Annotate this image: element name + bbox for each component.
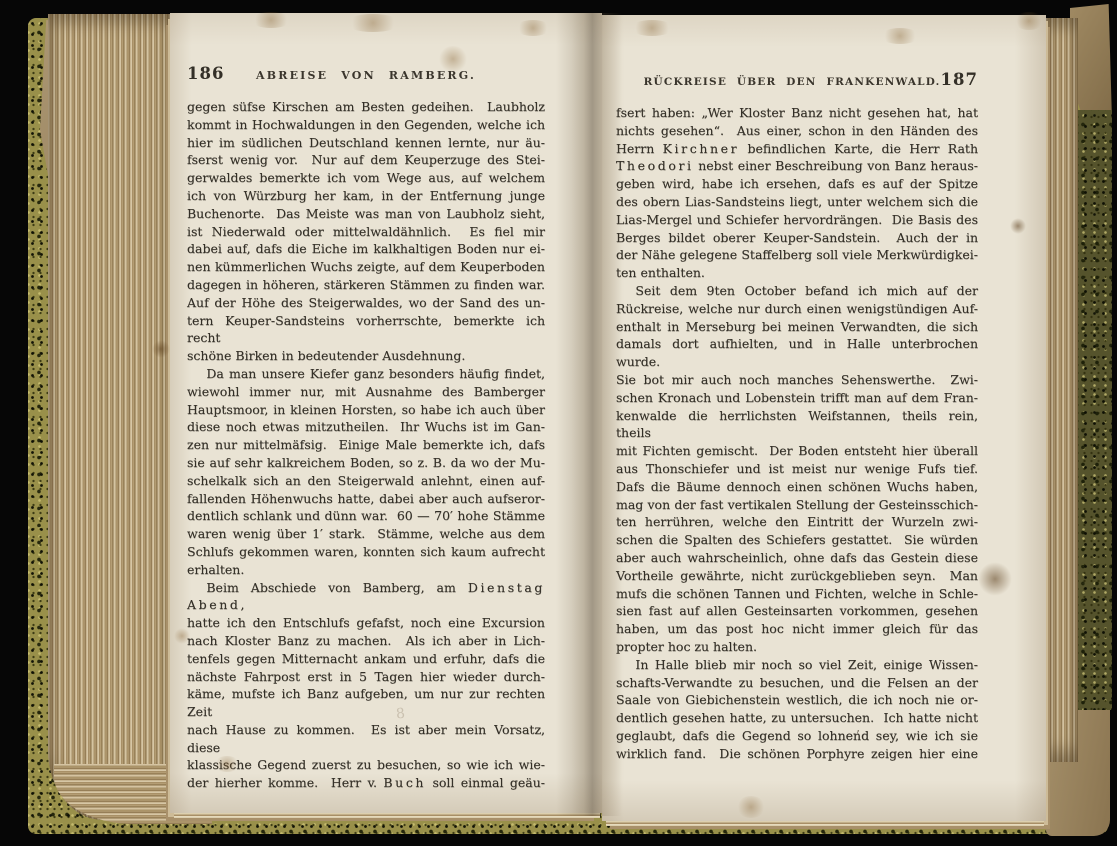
text-line: nichts gesehen“. Aus einer, schon in den… <box>616 122 978 140</box>
text-line: diese noch etwas mitzutheilen. Ihr Wuchs… <box>187 418 545 436</box>
paragraph: Da man unsere Kiefer ganz besonders häuf… <box>187 365 545 579</box>
body-text-right: fsert haben: „Wer Kloster Banz nicht ges… <box>616 104 978 762</box>
marbled-cover-edge-right <box>1072 110 1112 710</box>
text-line: der Nähe gelegene Staffelberg soll viele… <box>616 246 978 264</box>
text-line: Buchenorte. Das Meiste was man von Laubh… <box>187 205 545 223</box>
text-line: Lias-Mergel und Schiefer hervordrängen. … <box>616 211 978 229</box>
text-line: propter hoc zu halten. <box>616 638 978 656</box>
text-line: mit Fichten gemischt. Der Boden entsteht… <box>616 442 978 460</box>
text-line: damals dort aufhielten, und in Halle unt… <box>616 335 978 371</box>
text-line: gerwaldes bemerkte ich vom Wege aus, auf… <box>187 169 545 187</box>
text-line: Berges bildet oberer Keuper-Sandstein. A… <box>616 229 978 247</box>
text-line: Saale von Giebichenstein westlich, die i… <box>616 691 978 709</box>
text-line: nächste Fahrpost erst in 5 Tagen hier wi… <box>187 668 545 686</box>
text-line: nen kümmerlichen Wuchs zeigte, auf dem K… <box>187 258 545 276</box>
text-line: Rückreise, welche nur durch einen wenigs… <box>616 300 978 318</box>
text-line: sien fast auf allen Gesteinsarten vorkom… <box>616 602 978 620</box>
text-line: wirklich fand. Die schönen Porphyre zeig… <box>616 745 978 763</box>
text-line: Vortheile gewährte, nicht zurückgebliebe… <box>616 567 978 585</box>
text-line: ten herrühren, welche den Eintritt der W… <box>616 513 978 531</box>
text-line: hier im südlichen Deutschland kennen ler… <box>187 134 545 152</box>
text-column-left: 186 ABREISE VON RAMBERG. gegen süfse Kir… <box>187 64 545 792</box>
text-line: schen Kronach und Lobenstein trifft man … <box>616 389 978 407</box>
text-line: gegen süfse Kirschen am Besten gedeihen.… <box>187 98 545 116</box>
text-line: dagegen in höheren, stärkeren Stämmen zu… <box>187 276 545 294</box>
paragraph: fsert haben: „Wer Kloster Banz nicht ges… <box>616 104 978 282</box>
text-line: erhalten. <box>187 561 545 579</box>
text-line: Herrn Kirchner befindlichen Karte, die H… <box>616 140 978 158</box>
paragraph: Beim Abschiede von Bamberg, am Dienstag … <box>187 579 545 793</box>
paragraph: In Halle blieb mir noch so viel Zeit, ei… <box>616 656 978 763</box>
book-scan-photo: { "colors":{ "background":"#060606", "pa… <box>0 0 1117 846</box>
text-line: In Halle blieb mir noch so viel Zeit, ei… <box>616 656 978 674</box>
letterspaced-word: Theodori <box>616 158 694 173</box>
paragraph: Seit dem 9ten October befand ich mich au… <box>616 282 978 656</box>
text-line: ich von Würzburg her kam, in der Entfern… <box>187 187 545 205</box>
book-page-right: RÜCKREISE ÜBER DEN FRANKENWALD. 187 fser… <box>602 15 1046 821</box>
text-line: waren wenig über 1′ stark. Stämme, welch… <box>187 525 545 543</box>
letterspaced-word: Kirchner <box>663 141 740 156</box>
text-line: hatte ich den Entschlufs gefafst, noch e… <box>187 614 545 632</box>
text-line: Auf der Höhe des Steigerwaldes, wo der S… <box>187 294 545 312</box>
text-line: wiewohl immer nur, mit Ausnahme des Bamb… <box>187 383 545 401</box>
text-line: kenwalde die herrlichsten Weifstannen, t… <box>616 407 978 443</box>
text-line: schelkalk sich an den Steigerwald anlehn… <box>187 472 545 490</box>
text-line: enthalt in Merseburg bei meinen Verwandt… <box>616 318 978 336</box>
text-line: zen nur mittelmäfsig. Einige Male bemerk… <box>187 436 545 454</box>
text-line: Beim Abschiede von Bamberg, am Dienstag … <box>187 579 545 615</box>
paragraph: gegen süfse Kirschen am Besten gedeihen.… <box>187 98 545 365</box>
running-head-left: ABREISE VON RAMBERG. <box>249 69 483 82</box>
text-line: Hauptsmoor, in kleinen Horsten, so habe … <box>187 401 545 419</box>
text-line: dentlich gesehen hatte, zu untersuchen. … <box>616 709 978 727</box>
text-line: schöne Birken in bedeutender Ausdehnung. <box>187 347 545 365</box>
text-line: nach Hause zu kommen. Es ist aber mein V… <box>187 721 545 757</box>
text-line: käme, mufste ich Banz aufgeben, um nur z… <box>187 685 545 721</box>
page-edge-stack-left <box>48 14 172 820</box>
letterspaced-word: Dienstag Abend <box>187 580 552 613</box>
page-header-right: RÜCKREISE ÜBER DEN FRANKENWALD. 187 <box>616 70 978 89</box>
page-edge-stack-right <box>1046 18 1078 762</box>
text-line: Dafs die Bäume dennoch einen schönen Wuc… <box>616 478 978 496</box>
text-line: haben, um das post hoc nicht immer gleic… <box>616 620 978 638</box>
text-line: ist Niederwald oder mittelwaldähnlich. E… <box>187 223 545 241</box>
text-line: geglaubt, dafs die Gegend so lohnend sey… <box>616 727 978 745</box>
page-number-left: 186 <box>187 64 249 83</box>
text-line: klassische Gegend zuerst zu besuchen, so… <box>187 756 545 774</box>
text-line: der hierher komme. Herr v. Buch soll ein… <box>187 774 545 792</box>
text-line: schen die Spalten des Schiefers gestatte… <box>616 531 978 549</box>
text-line: ten enthalten. <box>616 264 978 282</box>
text-line: fsert haben: „Wer Kloster Banz nicht ges… <box>616 104 978 122</box>
text-line: des obern Lias-Sandsteins liegt, unter w… <box>616 193 978 211</box>
text-line: aus Thonschiefer und ist meist nur wenig… <box>616 460 978 478</box>
text-column-right: RÜCKREISE ÜBER DEN FRANKENWALD. 187 fser… <box>616 70 978 762</box>
page-header-left: 186 ABREISE VON RAMBERG. <box>187 64 545 83</box>
text-line: geben wird, habe ich ersehen, dafs es au… <box>616 175 978 193</box>
text-line: Da man unsere Kiefer ganz besonders häuf… <box>187 365 545 383</box>
text-line: fserst wenig vor. Nur auf dem Keuperzuge… <box>187 151 545 169</box>
text-line: mufs die schönen Tannen und Fichten, wel… <box>616 585 978 603</box>
text-line: Schlufs gekommen waren, konnten sich kau… <box>187 543 545 561</box>
page-number-right: 187 <box>941 70 978 89</box>
text-line: mag von der fast vertikalen Stellung der… <box>616 496 978 514</box>
body-text-left: gegen süfse Kirschen am Besten gedeihen.… <box>187 98 545 792</box>
book-page-left: 186 ABREISE VON RAMBERG. gegen süfse Kir… <box>170 13 602 813</box>
text-line: Seit dem 9ten October befand ich mich au… <box>616 282 978 300</box>
text-line: sie auf sehr kalkreichem Boden, so z. B.… <box>187 454 545 472</box>
text-line: tenfels gegen Mitternacht ankam und erfu… <box>187 650 545 668</box>
text-line: Sie bot mir auch noch manches Sehenswert… <box>616 371 978 389</box>
text-line: aber auch wahrscheinlich, ohne dafs das … <box>616 549 978 567</box>
text-line: schafts-Verwandte zu besuchen, und die F… <box>616 674 978 692</box>
text-line: Theodori nebst einer Beschreibung von Ba… <box>616 157 978 175</box>
running-head-right: RÜCKREISE ÜBER DEN FRANKENWALD. <box>644 76 941 88</box>
text-line: kommt in Hochwaldungen in den Gegenden, … <box>187 116 545 134</box>
text-line: fallenden Höhenwuchs hatte, dabei aber a… <box>187 490 545 508</box>
text-line: dentlich schlank und dünn war. 60 — 70′ … <box>187 507 545 525</box>
text-line: dabei auf, dafs die Eiche im kalkhaltige… <box>187 240 545 258</box>
letterspaced-word: Buch <box>383 775 426 790</box>
text-line: nach Kloster Banz zu machen. Als ich abe… <box>187 632 545 650</box>
text-line: tern Keuper-Sandsteins vorherrschte, bem… <box>187 312 545 348</box>
